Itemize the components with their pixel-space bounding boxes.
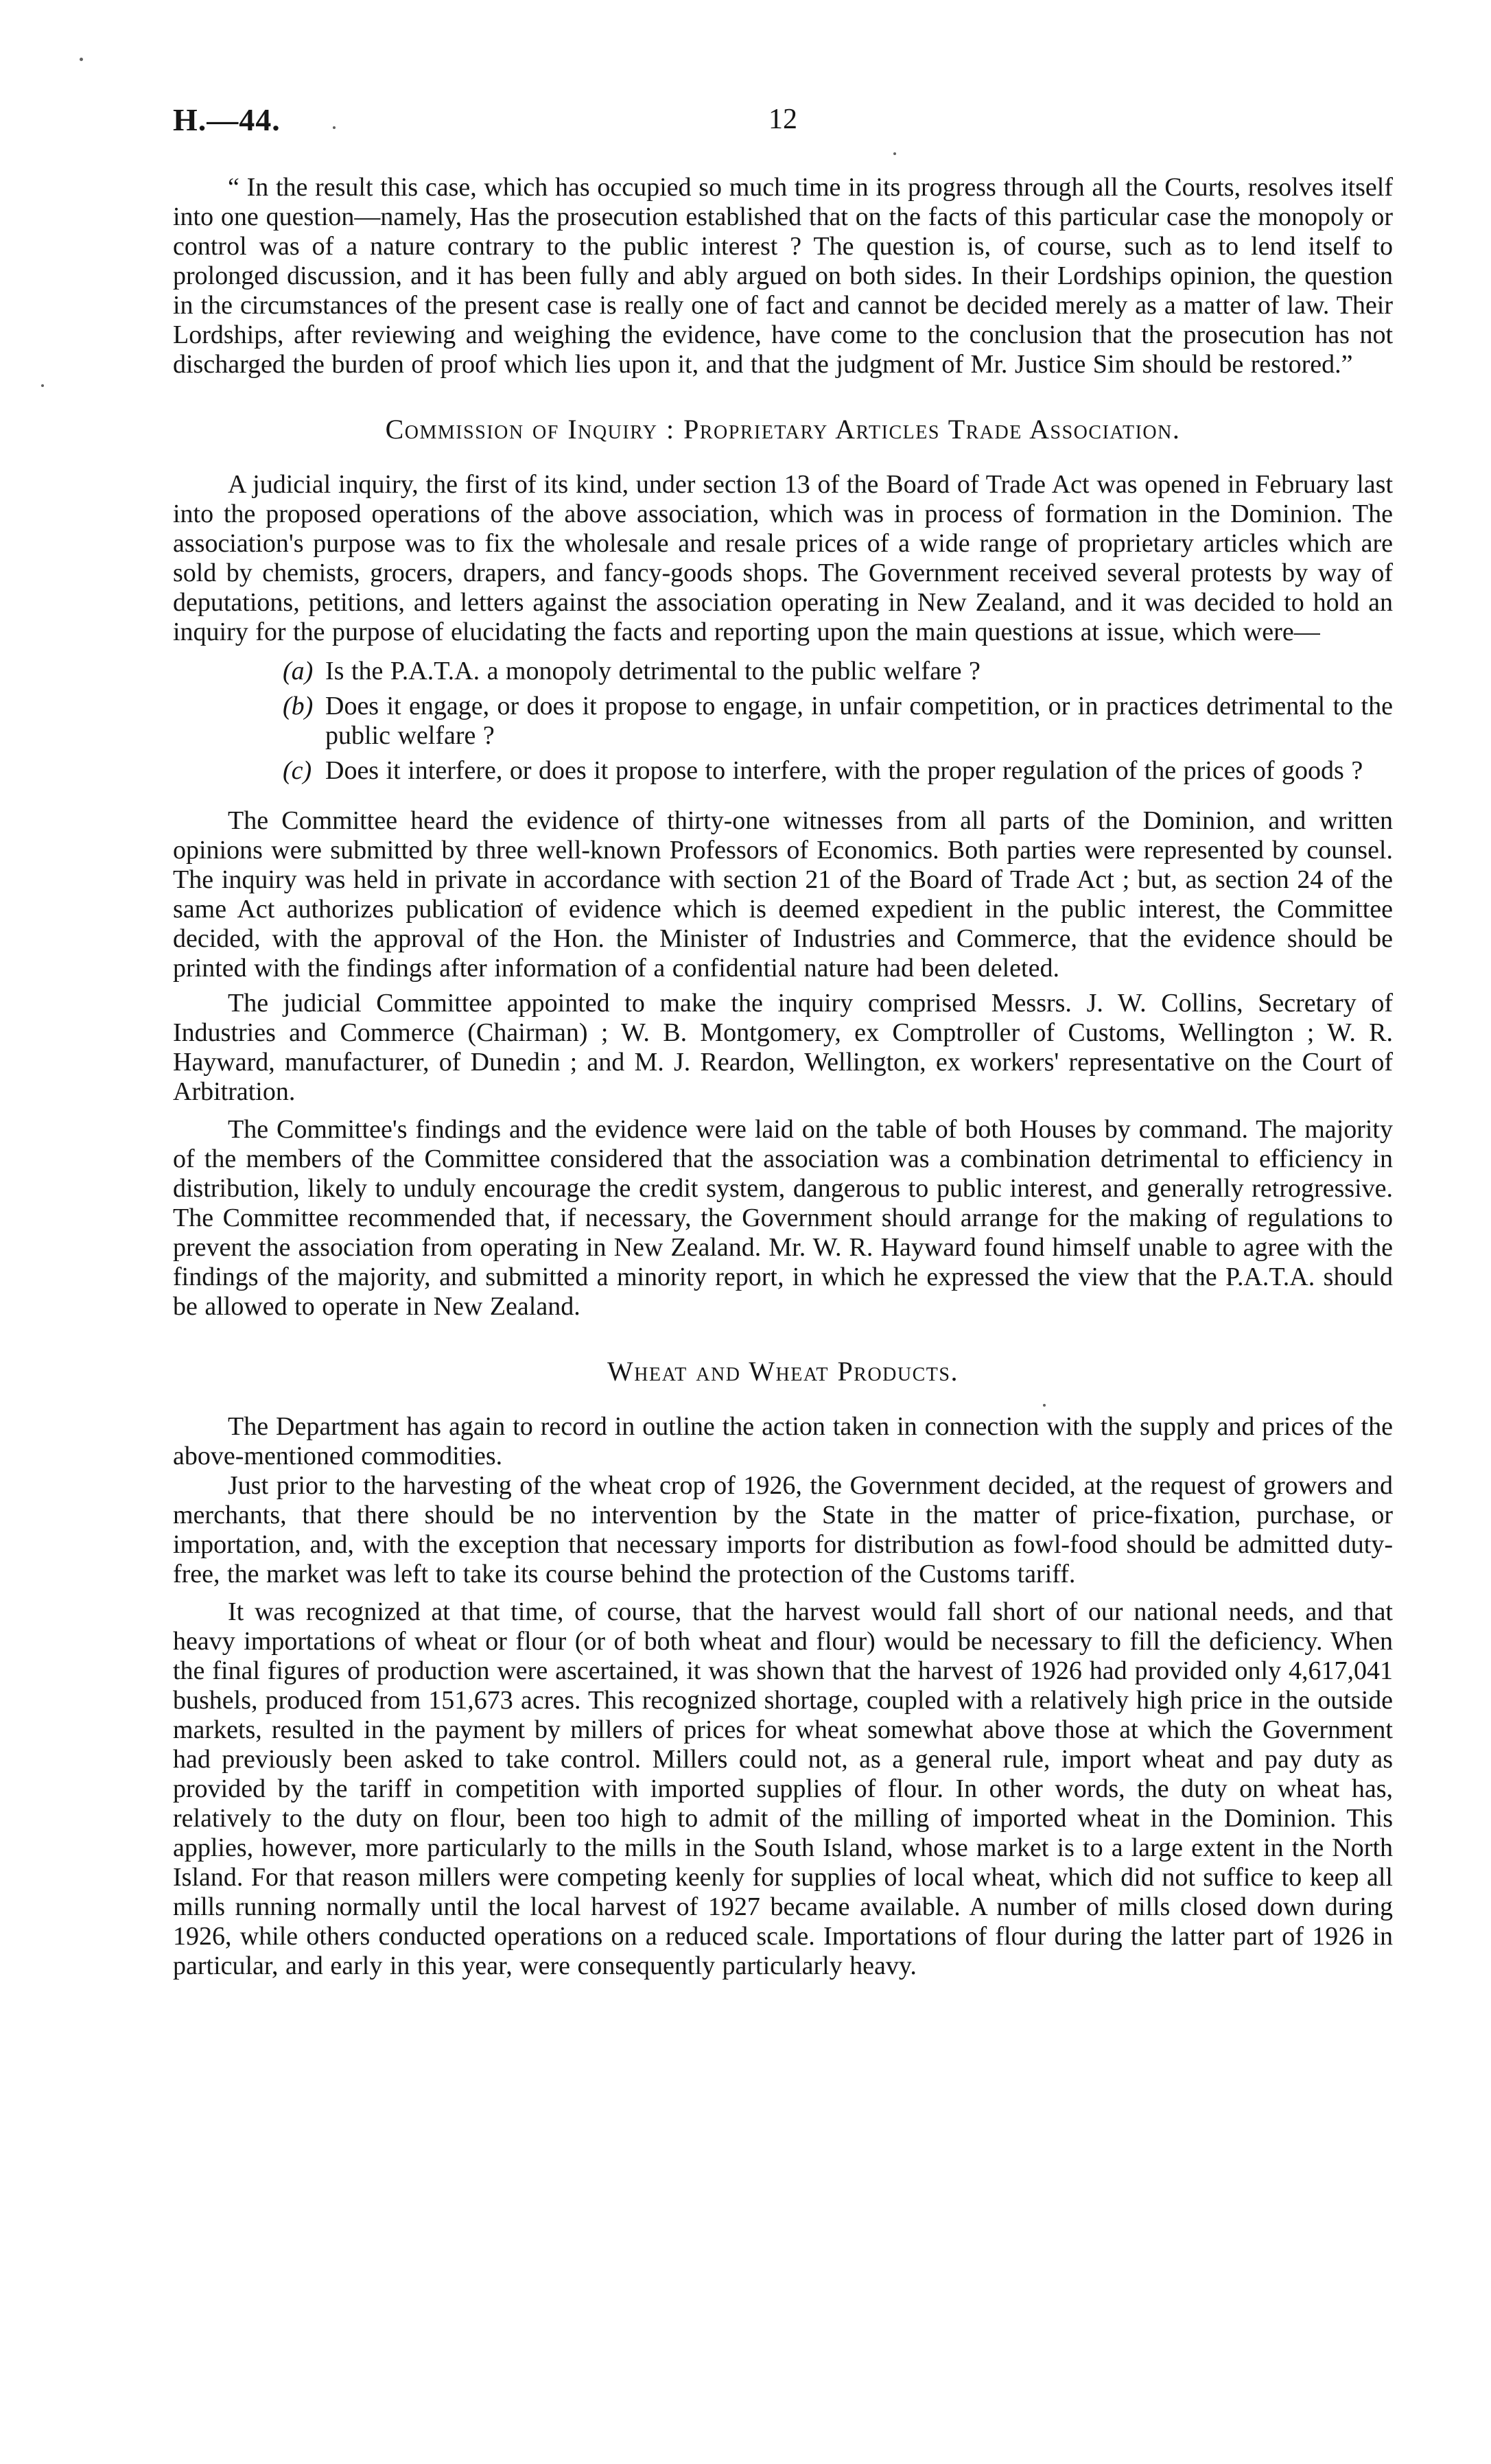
paragraph-committee-members: The judicial Committee appointed to make… [173,989,1393,1107]
paragraph-committee-findings: The Committee's findings and the evidenc… [173,1115,1393,1322]
list-item-a: (a)Is the P.A.T.A. a monopoly detrimenta… [283,657,1393,686]
document-page: H.—44. 12 “ In the result this case, whi… [0,0,1491,2464]
ink-speck [893,152,896,155]
inquiry-question-list: (a)Is the P.A.T.A. a monopoly detrimenta… [173,657,1393,786]
running-header: H.—44. 12 [173,102,1393,143]
list-item-c: (c)Does it interfere, or does it propose… [283,756,1393,786]
list-item-b: (b)Does it engage, or does it propose to… [283,692,1393,751]
paragraph-committee-evidence: The Committee heard the evidence of thir… [173,806,1393,983]
ink-speck [1043,1404,1046,1407]
ink-speck [718,845,720,848]
page-number: 12 [173,103,1393,136]
paragraph-wheat-intro: The Department has again to record in ou… [173,1412,1393,1471]
list-marker-a: (a) [283,657,325,686]
list-marker-c: (c) [283,756,325,786]
list-text-a: Is the P.A.T.A. a monopoly detrimental t… [325,657,981,685]
list-marker-b: (b) [283,692,325,721]
ink-speck [41,384,44,387]
paragraph-wheat-harvest: It was recognized at that time, of cours… [173,1597,1393,1981]
list-text-c: Does it interfere, or does it propose to… [325,756,1363,785]
quote-paragraph: “ In the result this case, which has occ… [173,173,1393,379]
list-text-b: Does it engage, or does it propose to en… [325,692,1393,750]
section-heading-wheat: Wheat and Wheat Products. [173,1356,1393,1387]
section-heading-pata: Commission of Inquiry : Proprietary Arti… [173,414,1393,445]
page-body: “ In the result this case, which has occ… [173,173,1393,1981]
paragraph-pata-intro: A judicial inquiry, the first of its kin… [173,470,1393,647]
paragraph-wheat-policy: Just prior to the harvesting of the whea… [173,1471,1393,1589]
ink-speck [80,58,83,61]
ink-speck [333,126,336,129]
ink-speck [520,903,523,906]
